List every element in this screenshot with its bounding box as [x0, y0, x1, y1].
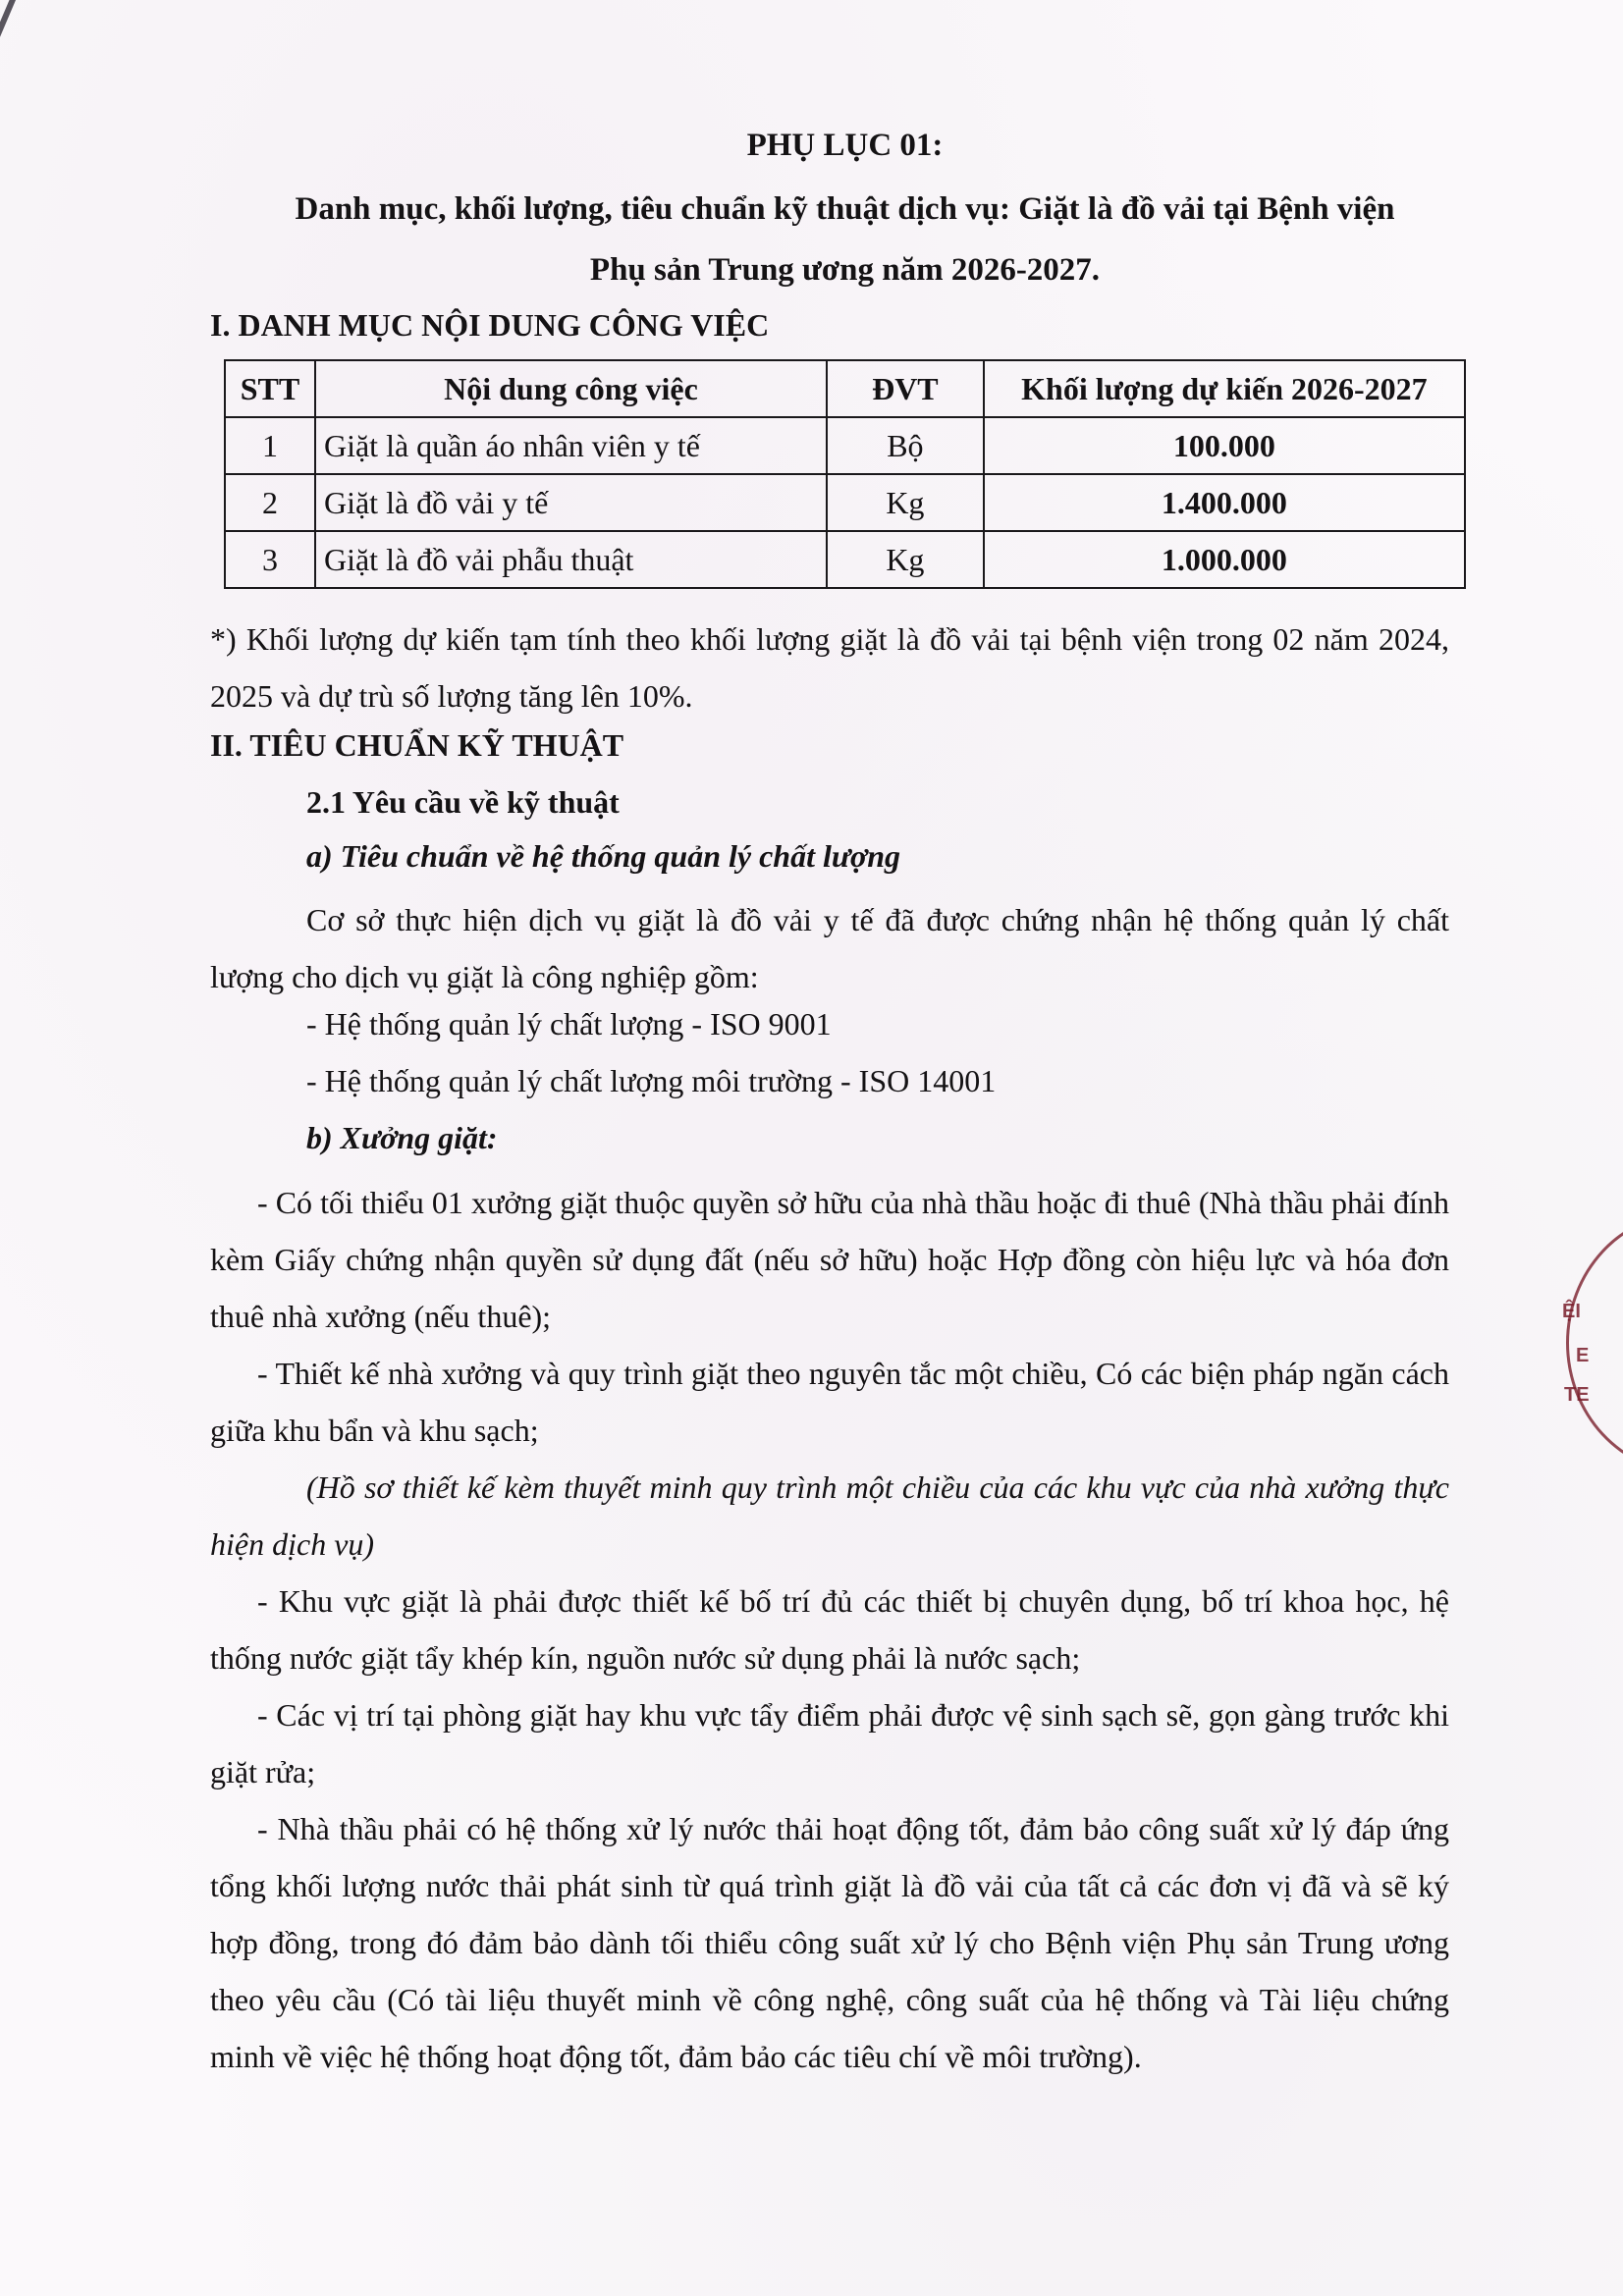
red-seal-stamp: ỆI E TE — [1556, 1202, 1623, 1487]
subsection-2-1-heading: 2.1 Yêu cầu về kỹ thuật — [306, 783, 1548, 821]
bullet-cleaning-positions: - Các vị trí tại phòng giặt hay khu vực … — [210, 1686, 1449, 1800]
cell-content: Giặt là đồ vải phẫu thuật — [315, 531, 827, 588]
document-title: PHỤ LỤC 01: Danh mục, khối lượng, tiêu c… — [224, 126, 1466, 290]
stamp-text-2: E — [1576, 1345, 1589, 1367]
cell-stt: 2 — [225, 474, 315, 531]
cell-stt: 1 — [225, 417, 315, 474]
bullet-workshop-ownership: - Có tối thiểu 01 xưởng giặt thuộc quyền… — [210, 1174, 1449, 1345]
section-1-heading: I. DANH MỤC NỘI DUNG CÔNG VIỆC — [210, 306, 769, 344]
cell-unit: Kg — [827, 474, 984, 531]
title-appendix: PHỤ LỤC 01: — [224, 126, 1466, 165]
header-unit: ĐVT — [827, 360, 984, 417]
cell-unit: Kg — [827, 531, 984, 588]
cell-volume: 100.000 — [984, 417, 1465, 474]
section-2-heading: II. TIÊU CHUẨN KỸ THUẬT — [210, 726, 623, 764]
iso-9001-item: - Hệ thống quản lý chất lượng - ISO 9001 — [306, 1005, 1548, 1042]
header-stt: STT — [225, 360, 315, 417]
design-dossier-note: (Hồ sơ thiết kế kèm thuyết minh quy trìn… — [210, 1459, 1449, 1573]
part-a-intro: Cơ sở thực hiện dịch vụ giặt là đồ vải y… — [210, 891, 1449, 1005]
table-row: 2 Giặt là đồ vải y tế Kg 1.400.000 — [225, 474, 1465, 531]
stamp-text-1: ỆI — [1562, 1301, 1581, 1323]
title-subject-cont: Phụ sản Trung ương năm 2026-2027. — [224, 250, 1466, 290]
cell-unit: Bộ — [827, 417, 984, 474]
cell-content: Giặt là đồ vải y tế — [315, 474, 827, 531]
bullet-laundry-area: - Khu vực giặt là phải được thiết kế bố … — [210, 1573, 1449, 1686]
iso-14001-item: - Hệ thống quản lý chất lượng môi trường… — [306, 1062, 1548, 1099]
volume-note: *) Khối lượng dự kiến tạm tính theo khối… — [210, 611, 1449, 724]
pen-mark — [0, 0, 24, 308]
header-content: Nội dung công việc — [315, 360, 827, 417]
bullet-one-way-design: - Thiết kế nhà xưởng và quy trình giặt t… — [210, 1345, 1449, 1459]
stamp-text-3: TE — [1564, 1384, 1590, 1407]
table-row: 3 Giặt là đồ vải phẫu thuật Kg 1.000.000 — [225, 531, 1465, 588]
cell-stt: 3 — [225, 531, 315, 588]
title-subject: Danh mục, khối lượng, tiêu chuẩn kỹ thuậ… — [224, 189, 1466, 229]
part-a-heading: a) Tiêu chuẩn về hệ thống quản lý chất l… — [306, 837, 1548, 875]
work-items-table: STT Nội dung công việc ĐVT Khối lượng dự… — [224, 359, 1466, 589]
cell-content: Giặt là quần áo nhân viên y tế — [315, 417, 827, 474]
table-row: 1 Giặt là quần áo nhân viên y tế Bộ 100.… — [225, 417, 1465, 474]
stamp-ring — [1566, 1212, 1623, 1473]
header-volume: Khối lượng dự kiến 2026-2027 — [984, 360, 1465, 417]
table-header-row: STT Nội dung công việc ĐVT Khối lượng dự… — [225, 360, 1465, 417]
cell-volume: 1.400.000 — [984, 474, 1465, 531]
bullet-wastewater-system: - Nhà thầu phải có hệ thống xử lý nước t… — [210, 1800, 1449, 2085]
cell-volume: 1.000.000 — [984, 531, 1465, 588]
part-b-heading: b) Xưởng giặt: — [306, 1119, 1548, 1156]
